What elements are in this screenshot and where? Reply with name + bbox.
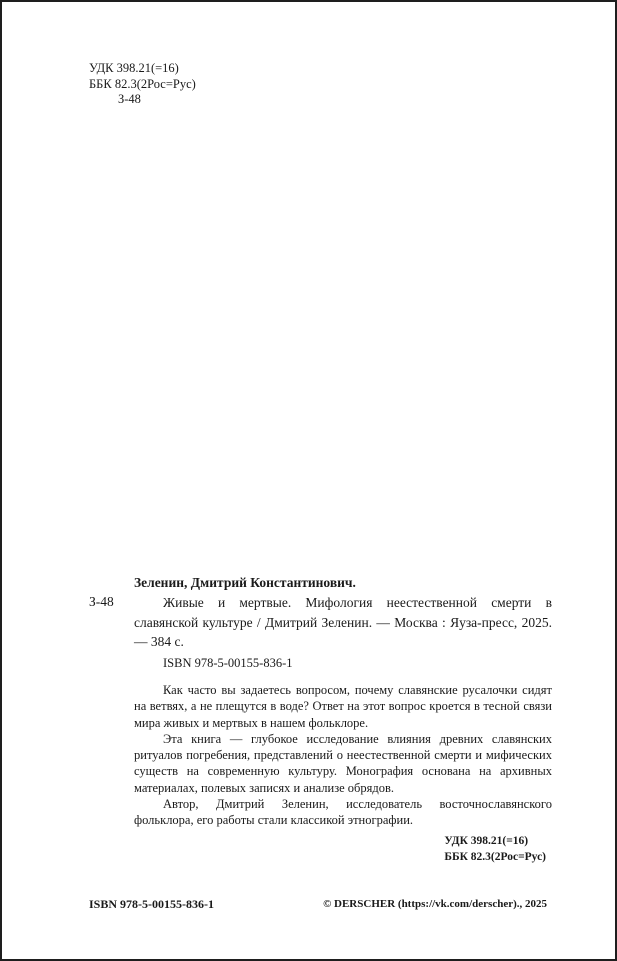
udk-code: УДК 398.21(=16) <box>89 61 196 77</box>
catalog-isbn: ISBN 978-5-00155-836-1 <box>163 656 293 671</box>
catalog-author: Зеленин, Дмитрий Константинович. <box>134 575 356 591</box>
footer-copyright: © DERSCHER (https://vk.com/derscher)., 2… <box>323 898 547 910</box>
catalog-udk-code: УДК 398.21(=16) <box>444 833 546 849</box>
annotation: Как часто вы задаетесь вопросом, почему … <box>134 682 552 829</box>
catalog-classification-codes: УДК 398.21(=16) ББК 82.3(2Рос=Рус) <box>444 833 546 865</box>
header-classification-codes: УДК 398.21(=16) ББК 82.3(2Рос=Рус) З-48 <box>89 61 196 108</box>
annotation-paragraph: Автор, Дмитрий Зеленин, исследователь во… <box>134 796 552 829</box>
bbk-code: ББК 82.3(2Рос=Рус) <box>89 77 196 93</box>
annotation-paragraph: Эта книга — глубокое исследование влияни… <box>134 731 552 796</box>
catalog-bbk-code: ББК 82.3(2Рос=Рус) <box>444 849 546 865</box>
catalog-author-mark: З-48 <box>89 594 114 610</box>
book-imprint-page: УДК 398.21(=16) ББК 82.3(2Рос=Рус) З-48 … <box>0 0 617 961</box>
bibliographic-description: Живые и мертвые. Мифология неестественно… <box>134 593 552 652</box>
footer-isbn: ISBN 978-5-00155-836-1 <box>89 897 214 912</box>
author-mark: З-48 <box>89 92 196 108</box>
annotation-paragraph: Как часто вы задаетесь вопросом, почему … <box>134 682 552 731</box>
